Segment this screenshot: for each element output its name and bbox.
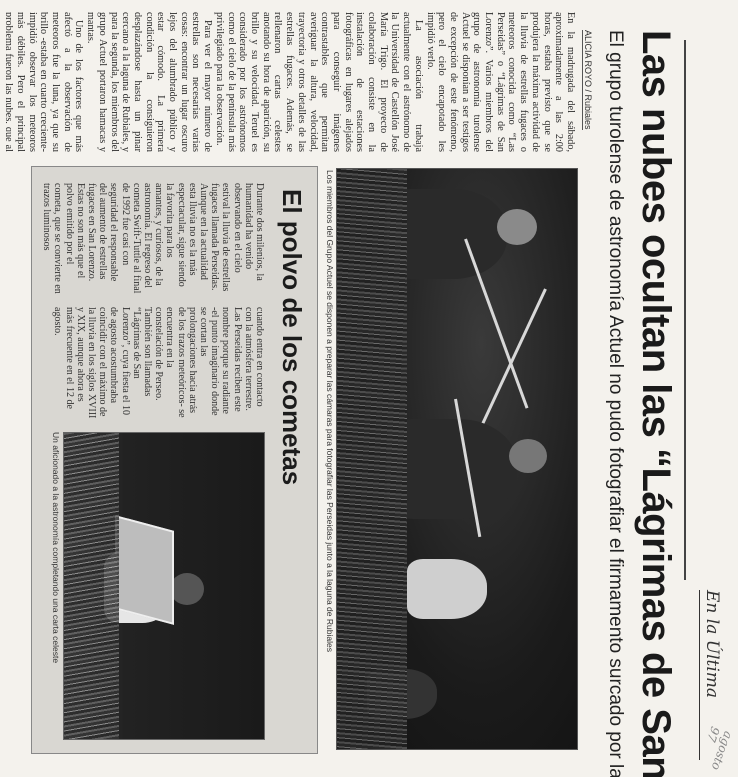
secondary-photo — [63, 432, 265, 740]
article-paragraph: Para ver el mayor número de estrellas so… — [84, 12, 213, 152]
grass-foreground — [64, 433, 119, 739]
article-paragraph: En la madrugada del sábado, aproximadame… — [424, 12, 576, 152]
tripod-leg — [464, 238, 528, 408]
byline: ALICIA ROYO / Rubiales — [582, 30, 593, 130]
star-chart-board — [115, 515, 174, 625]
person-head — [509, 439, 547, 473]
top-rule — [684, 40, 686, 580]
box-column-2: cuando entra en contacto con la atmósfer… — [52, 307, 265, 419]
article-paragraph: La asociación trabaja actualmente con el… — [213, 12, 424, 152]
person-head — [170, 573, 204, 605]
secondary-photo-caption: Un aficionado a la astronomía completand… — [51, 432, 61, 742]
box-column-1: Durante dos milenios, la humanidad ha ve… — [41, 183, 265, 295]
article-paragraph: Uno de los factores que más afectó a la … — [6, 12, 84, 152]
grass-foreground — [337, 169, 407, 749]
box-title: El polvo de los cometas — [276, 189, 307, 485]
tripod-leg — [477, 288, 547, 434]
person-figure — [407, 559, 487, 619]
newspaper-clipping: En la Última agosto 97 Las nubes ocultan… — [0, 0, 738, 777]
person-head — [497, 209, 537, 245]
main-photo-caption: Los miembros del Grupo Actuel se dispone… — [325, 170, 335, 750]
subtitle: El grupo turolense de astronomía Actuel … — [604, 30, 626, 770]
article-body: En la madrugada del sábado, aproximadame… — [6, 12, 576, 152]
headline: Las nubes ocultan las “Lágrimas de San L… — [633, 30, 678, 770]
sidebar-box: El polvo de los cometas Durante dos mile… — [31, 166, 318, 754]
main-photo — [336, 168, 578, 750]
